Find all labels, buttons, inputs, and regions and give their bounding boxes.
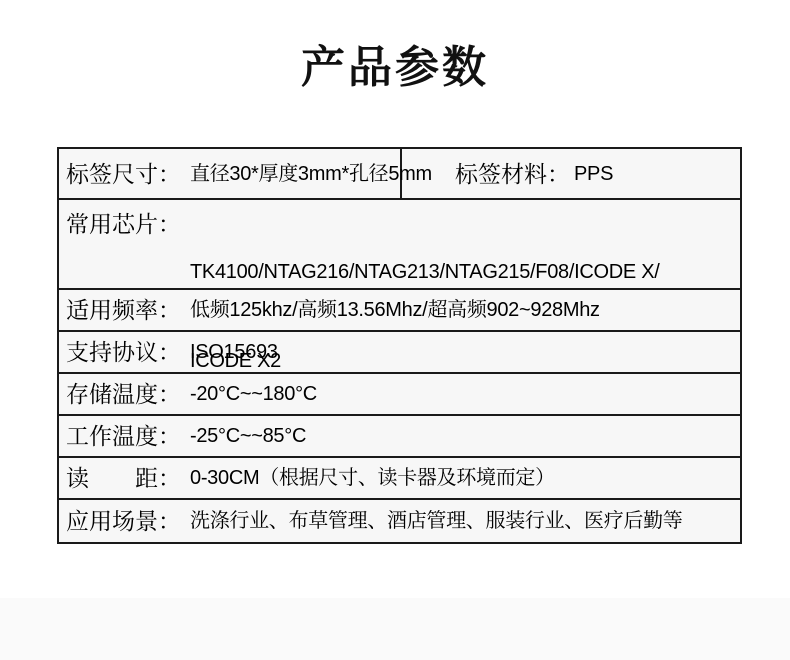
table-row-chips: 常用芯片： TK4100/NTAG216/NTAG213/NTAG215/F08… bbox=[59, 200, 740, 290]
table-row-working-temp: 工作温度： -25°C~~85°C bbox=[59, 416, 740, 458]
table-row-storage-temp: 存储温度： -20°C~~180°C bbox=[59, 374, 740, 416]
spec-label: 常用芯片： bbox=[66, 204, 190, 245]
right-cell: 标签材料： PPS bbox=[455, 149, 613, 198]
spec-value: -25°C~~85°C bbox=[190, 424, 306, 448]
table-row-applications: 应用场景： 洗涤行业、布草管理、酒店管理、服装行业、医疗后勤等 bbox=[59, 500, 740, 542]
bottom-strip bbox=[0, 598, 790, 660]
left-cell: 标签尺寸： 直径30*厚度3mm*孔径5mm bbox=[66, 161, 432, 187]
spec-label: 标签尺寸： bbox=[66, 161, 190, 187]
spec-value: -20°C~~180°C bbox=[190, 382, 317, 406]
page-title: 产品参数 bbox=[0, 42, 790, 94]
spec-value-line1: TK4100/NTAG216/NTAG213/NTAG215/F08/ICODE… bbox=[190, 252, 660, 293]
spec-value: 0-30CM（根据尺寸、读卡器及环境而定） bbox=[190, 466, 555, 490]
table-row-label-size: 标签尺寸： 直径30*厚度3mm*孔径5mm 标签材料： PPS bbox=[59, 149, 740, 200]
spec-label: 支持协议： bbox=[66, 339, 190, 365]
spec-value: 直径30*厚度3mm*孔径5mm bbox=[190, 162, 432, 186]
spec-label: 工作温度： bbox=[66, 423, 190, 449]
spec-value: ISO15693 bbox=[190, 340, 278, 364]
spec-value: 低频125khz/高频13.56Mhz/超高频902~928Mhz bbox=[190, 298, 600, 322]
spec-label: 应用场景： bbox=[66, 508, 190, 534]
table-row-read-distance: 读 距： 0-30CM（根据尺寸、读卡器及环境而定） bbox=[59, 458, 740, 500]
spec-label: 适用频率： bbox=[66, 297, 190, 323]
product-spec-table: 标签尺寸： 直径30*厚度3mm*孔径5mm 标签材料： PPS 常用芯片： T… bbox=[57, 147, 742, 544]
table-row-protocol: 支持协议： ISO15693 bbox=[59, 332, 740, 374]
table-row-frequency: 适用频率： 低频125khz/高频13.56Mhz/超高频902~928Mhz bbox=[59, 290, 740, 332]
spec-label: 读 距： bbox=[66, 465, 190, 491]
spec-value: PPS bbox=[574, 162, 613, 186]
spec-label: 存储温度： bbox=[66, 381, 190, 407]
spec-label: 标签材料： bbox=[455, 161, 570, 187]
spec-value: 洗涤行业、布草管理、酒店管理、服装行业、医疗后勤等 bbox=[190, 509, 683, 533]
